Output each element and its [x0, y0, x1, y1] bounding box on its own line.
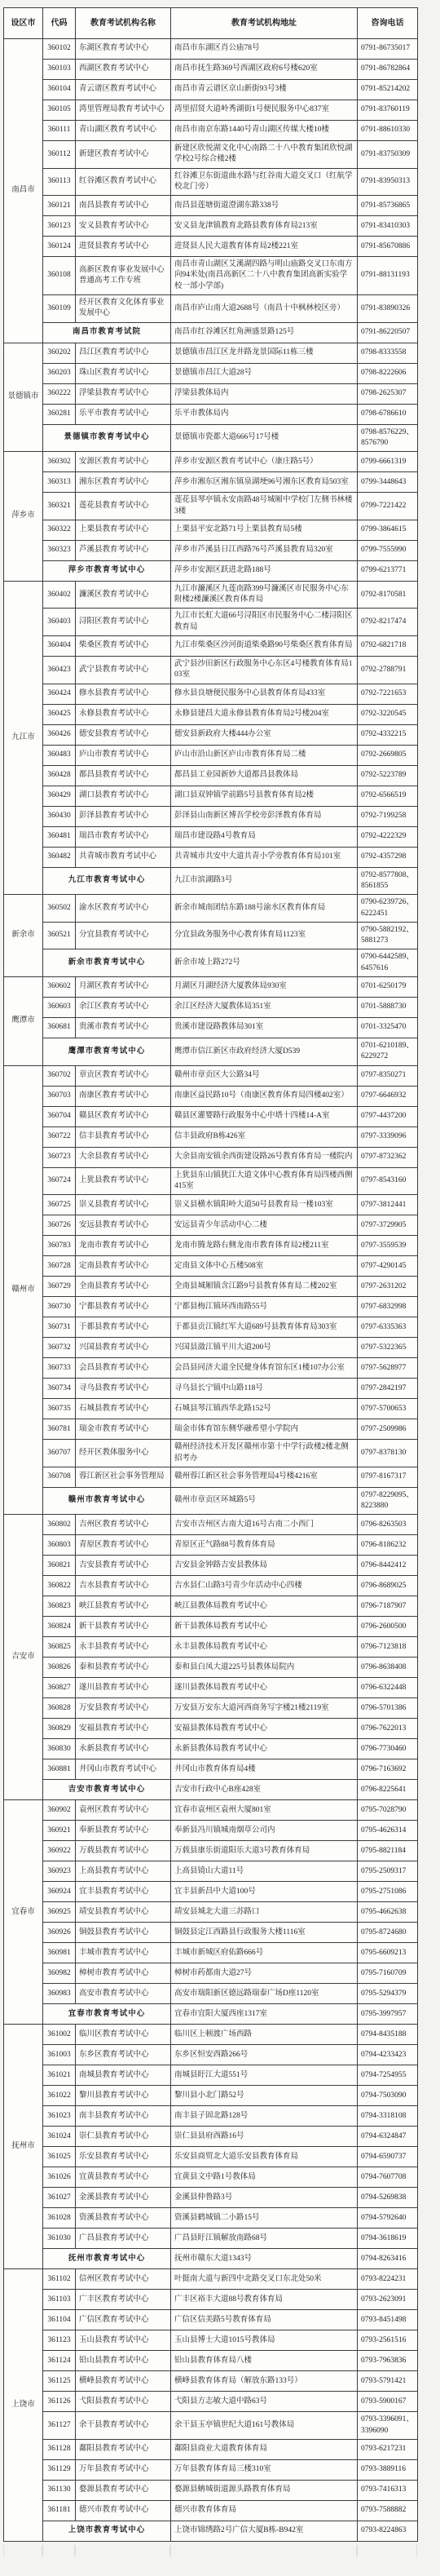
- name-cell: 安源区教育考试中心: [76, 452, 171, 472]
- name-cell: 万载县教育考试中心: [76, 1841, 171, 1861]
- address-cell: 萍乡市湘东区湘东镇泉湖埂96号湘东区教育局503室: [171, 472, 358, 493]
- name-cell: 修水县教育考试中心: [76, 684, 171, 704]
- cutoff-cell: [42, 2545, 75, 2556]
- phone-cell: 0790-6239726、6222451: [358, 895, 418, 923]
- address-cell: 广丰区裕丰大道88号教育体育局: [171, 2290, 358, 2310]
- phone-cell: 0791-85736865: [358, 196, 418, 216]
- table-row: 360923上高县教育考试中心上高县镜山大道11号0795-2509317: [4, 1861, 418, 1882]
- address-cell: 龙南市腾龙路右侧龙南市教育体育局2楼211室: [171, 1236, 358, 1256]
- summary-row: 鹰潭市教育考试中心鹰潭市信江新区市政府经济大厦D5390701-6210189、…: [4, 1038, 418, 1066]
- address-cell: 宜春市袁州区袁州大厦801室: [171, 1800, 358, 1821]
- phone-cell: 0799-3864615: [358, 520, 418, 540]
- city-cell: 南昌市: [4, 39, 43, 343]
- code-cell: 360113: [43, 168, 76, 196]
- name-cell: 新建区教育考试中心: [76, 141, 171, 169]
- name-cell: 寻乌县教育考试中心: [76, 1379, 171, 1399]
- table-row: 361022黎川县教育考试中心黎川县小北门路52号0794-7503090: [4, 2086, 418, 2106]
- name-cell: 横峰县教育考试中心: [76, 2371, 171, 2392]
- name-cell: 广丰区教育考试中心: [76, 2290, 171, 2310]
- table-row: 360313湘东区教育考试中心萍乡市湘东区湘东镇泉湖埂96号湘东区教育局503室…: [4, 472, 418, 493]
- code-cell: 360726: [43, 1215, 76, 1236]
- name-cell: 彭泽县教育考试中心: [76, 806, 171, 826]
- phone-cell: 0797-8167317: [358, 1467, 418, 1487]
- phone-cell: 0795-5294379: [358, 1984, 418, 2004]
- address-cell: 景德镇市昌江区龙井路龙景国际11栋三楼: [171, 343, 358, 363]
- table-row: 360723大余县教育考试中心大余县南安镇余西街建设路26号教育体育局一楼院内0…: [4, 1147, 418, 1167]
- code-cell: 361021: [43, 2065, 76, 2086]
- table-row: 360403浔阳区教育考试中心九江市长虹大道66号浔阳区市民服务中心二楼浔阳区教…: [4, 609, 418, 636]
- address-cell: 共青城市共安中大道共青小学旁教育体育局101室: [171, 847, 358, 867]
- name-cell: 信丰县教育考试中心: [76, 1126, 171, 1147]
- table-row: 360781瑞金市教育考试中心瑞金市体育馆东侧华融希望小学院内0797-2509…: [4, 1419, 418, 1440]
- table-row: 上饶市361102信州区教育考试中心叶挺南大道与新四中北路交叉口东北处50米07…: [4, 2269, 418, 2290]
- summary-row: 赣州市教育考试中心赣州市章贡区环城路5号0797-8229095、8223880: [4, 1487, 418, 1515]
- address-cell: 靖安县城北大道三苏路口: [171, 1902, 358, 1923]
- table-row: 361181德兴市教育考试中心德兴市教育体育局0793-7588882: [4, 2500, 418, 2521]
- name-cell: 西湖区教育考试中心: [76, 60, 171, 80]
- code-cell: 361126: [43, 2392, 76, 2412]
- code-cell: 360426: [43, 724, 76, 745]
- col-header-phone: 咨询电话: [358, 8, 418, 39]
- address-cell: 兴国县潋江镇平川大道200号: [171, 1338, 358, 1358]
- table-row: 景德镇市360202昌江区教育考试中心景德镇市昌江区龙井路龙景国际11栋三楼07…: [4, 343, 418, 363]
- code-cell: 360502: [43, 895, 76, 923]
- summary-phone-cell: 0790-6442589、6457616: [358, 949, 418, 977]
- code-cell: 360826: [43, 1658, 76, 1678]
- code-cell: 360321: [43, 493, 76, 520]
- code-cell: 360428: [43, 765, 76, 786]
- phone-cell: 0791-85214202: [358, 80, 418, 100]
- name-cell: 信州区教育考试中心: [76, 2269, 171, 2290]
- table-row: 360881井冈山市教育考试中心井冈山市教育体育局4楼0796-7163692: [4, 1759, 418, 1780]
- table-row: 360708蓉江新区社会事务管理局赣州蓉江新区社会事务管理局4号楼4216室07…: [4, 1467, 418, 1487]
- code-cell: 360121: [43, 196, 76, 216]
- phone-cell: 0794-7607708: [358, 2167, 418, 2188]
- code-cell: 360825: [43, 1637, 76, 1658]
- name-cell: 井冈山市教育考试中心: [76, 1759, 171, 1780]
- phone-cell: 0797-4437200: [358, 1106, 418, 1126]
- phone-cell: 0794-5792640: [358, 2208, 418, 2229]
- phone-cell: 0797-6832998: [358, 1297, 418, 1317]
- table-row: 360703南康区教育考试中心南康区益民路10号（南康区教育体育局四楼402室）…: [4, 1086, 418, 1106]
- summary-name-cell: 景德镇市教育考试中心: [43, 424, 171, 452]
- table-row: 360729全南县教育考试中心全南县城厢镇含江路9号县教育体育局二楼202室07…: [4, 1277, 418, 1297]
- code-cell: 360981: [43, 1943, 76, 1963]
- phone-cell: 0795-7028790: [358, 1800, 418, 1821]
- table-row: 新余市360502渝水区教育考试中心新余市城南团结东路188号渝水区教育体育局0…: [4, 895, 418, 923]
- address-cell: 横峰县教育体育局（解放东路133号）: [171, 2371, 358, 2392]
- code-cell: 360322: [43, 520, 76, 540]
- name-cell: 铅山县教育考试中心: [76, 2351, 171, 2371]
- address-cell: 南昌市抚生路369号西湖区政府6号楼620室: [171, 60, 358, 80]
- code-cell: 360729: [43, 1277, 76, 1297]
- address-cell: 莲花县琴亭镇永安南路48号城厢中学校门左侧书林楼3楼: [171, 493, 358, 520]
- name-cell: 临川区教育考试中心: [76, 2025, 171, 2045]
- address-cell: 湖口县双钟镇学前路5号县教育体育局2楼: [171, 786, 358, 806]
- code-cell: 360281: [43, 404, 76, 424]
- name-cell: 南康区教育考试中心: [76, 1086, 171, 1106]
- summary-name-cell: 九江市教育考试中心: [43, 867, 171, 895]
- cutoff-next-row: [3, 2545, 417, 2556]
- table-row: 360732兴国县教育考试中心兴国县潋江镇平川大道200号0797-532236…: [4, 1338, 418, 1358]
- summary-name-cell: 吉安市教育考试中心: [43, 1780, 171, 1800]
- summary-address-cell: 景德镇市瓷都大道666号17号楼: [171, 424, 358, 452]
- name-cell: 定南县教育考试中心: [76, 1256, 171, 1277]
- phone-cell: 0798-8222606: [358, 363, 418, 383]
- address-cell: 弋阳县方志敏大道中路63号: [171, 2392, 358, 2412]
- table-row: 361025乐安县教育考试中心乐安县商贸北大道乐安县教育体育局0794-6590…: [4, 2147, 418, 2167]
- phone-cell: 0797-6335363: [358, 1317, 418, 1338]
- address-cell: 德兴市教育体育局: [171, 2500, 358, 2521]
- phone-cell: 0797-2842197: [358, 1379, 418, 1399]
- phone-cell: 0797-2509986: [358, 1419, 418, 1440]
- phone-cell: 0792-4357298: [358, 847, 418, 867]
- phone-cell: 0796-7187907: [358, 1596, 418, 1617]
- phone-cell: 0792-7221653: [358, 684, 418, 704]
- summary-row: 九江市教育考试中心九江市滨湖路3号0792-8577808、8561855: [4, 867, 418, 895]
- city-cell: 吉安市: [4, 1515, 43, 1800]
- code-cell: 360783: [43, 1236, 76, 1256]
- name-cell: 吉州区教育考试中心: [76, 1515, 171, 1535]
- phone-cell: 0792-7199258: [358, 806, 418, 826]
- code-cell: 360404: [43, 636, 76, 657]
- address-cell: 会昌县同济大道全民健身体育馆东区1楼107办公室: [171, 1358, 358, 1379]
- table-row: 鹰潭市360602月湖区教育考试中心月湖区月湖经济大厦教体局930室0701-6…: [4, 977, 418, 998]
- code-cell: 361027: [43, 2188, 76, 2208]
- name-cell: 靖安县教育考试中心: [76, 1902, 171, 1923]
- summary-row: 上饶市教育考试中心上饶市锦绣路2号广信大厦B栋-B942室0793-822486…: [4, 2521, 418, 2541]
- address-cell: 贵溪市建设路教体局301室: [171, 1018, 358, 1038]
- name-cell: 新干县教育考试中心: [76, 1617, 171, 1637]
- table-row: 360827遂川县教育考试中心遂川县教体局教育考试中心0796-6322448: [4, 1678, 418, 1698]
- code-cell: 360921: [43, 1821, 76, 1841]
- table-row: 360725崇义县教育考试中心崇义县横水镇阳岭大道50号县教育局一楼103室07…: [4, 1195, 418, 1215]
- address-cell: 萍乡市安源区教育考试中心（康庄路5号）: [171, 452, 358, 472]
- phone-cell: 0794-6324847: [358, 2127, 418, 2147]
- summary-phone-cell: 0701-6210189、6229272: [358, 1038, 418, 1066]
- code-cell: 360824: [43, 1617, 76, 1637]
- table-row: 吉安市360802吉州区教育考试中心吉安市吉州区古南大道16号古南二小西门079…: [4, 1515, 418, 1535]
- phone-cell: 0701-3325470: [358, 1018, 418, 1038]
- code-cell: 360983: [43, 1984, 76, 2004]
- address-cell: 崇仁县县府西路16号: [171, 2127, 358, 2147]
- table-row: 360424修水县教育考试中心修水县良塘便民服务中心县教育体育局433室0792…: [4, 684, 418, 704]
- table-row: 360921奉新县教育考试中心奉新县冯川镇城南烟草公司内0795-4626314: [4, 1821, 418, 1841]
- phone-cell: 0791-85670886: [358, 237, 418, 257]
- address-cell: 浮梁县教体局内: [171, 383, 358, 404]
- name-cell: 瑞昌市教育考试中心: [76, 826, 171, 847]
- table-row: 360825永丰县教育考试中心永丰县教体局教育考试中心0796-7123818: [4, 1637, 418, 1658]
- code-cell: 361129: [43, 2459, 76, 2480]
- address-cell: 南丰县子固北路128号: [171, 2106, 358, 2127]
- table-row: 360428都昌县教育考试中心都昌县工业园新妙大道都昌县教体局0792-5223…: [4, 765, 418, 786]
- name-cell: 安远县教育考试中心: [76, 1215, 171, 1236]
- table-row: 360203珠山区教育考试中心景德镇市昌江大道28号0798-8222606: [4, 363, 418, 383]
- summary-phone-cell: 0794-8263416: [358, 2249, 418, 2269]
- table-row: 360983高安市教育考试中心高安市瑞阳新区德远路瑞泰广场D座1120室0795…: [4, 1984, 418, 2004]
- exam-centers-table: 设区市 代码 教育考试机构名称 教育考试机构地址 咨询电话 南昌市360102东…: [3, 7, 418, 2542]
- table-row: 360724上犹县教育考试中心上犹县东山镇犹江大道文体中心教育体育局四楼西侧41…: [4, 1167, 418, 1195]
- code-cell: 360926: [43, 1923, 76, 1943]
- table-row: 360323芦溪县教育考试中心萍乡市芦溪县日江西路76号芦溪县教育局320室07…: [4, 540, 418, 560]
- table-row: 360704赣县区教育考试中心赣县区灌婴路行政服务中心中塔十四楼14-A室079…: [4, 1106, 418, 1126]
- name-cell: 青山湖区教育考试中心: [76, 121, 171, 141]
- table-row: 360423武宁县教育考试中心武宁县沙田新区行政服务中心东区4号楼教育体育局10…: [4, 657, 418, 684]
- summary-name-cell: 南昌市教育考试院: [43, 322, 171, 343]
- address-cell: 乐平市教体局内: [171, 404, 358, 424]
- address-cell: 修水县良塘便民服务中心县教育体育局433室: [171, 684, 358, 704]
- table-row: 360924宜丰县教育考试中心宜丰县新昌中大道100号0795-2751086: [4, 1882, 418, 1902]
- phone-cell: 0799-3448643: [358, 472, 418, 493]
- phone-cell: 0796-7123818: [358, 1637, 418, 1658]
- code-cell: 360735: [43, 1399, 76, 1419]
- phone-cell: 0796-8186232: [358, 1535, 418, 1556]
- address-cell: 永新县教体局教育考试中心: [171, 1739, 358, 1759]
- phone-cell: 0797-6646932: [358, 1086, 418, 1106]
- address-cell: 南康区益民路10号（南康区教育体育局四楼402室）: [171, 1086, 358, 1106]
- name-cell: 都昌县教育考试中心: [76, 765, 171, 786]
- phone-cell: 0794-3318108: [358, 2106, 418, 2127]
- table-row: 361123玉山县教育考试中心玉山县博士大道1015号教体局0793-25615…: [4, 2330, 418, 2351]
- city-cell: 抚州市: [4, 2025, 43, 2269]
- name-cell: 珠山区教育考试中心: [76, 363, 171, 383]
- phone-cell: 0796-8689025: [358, 1576, 418, 1596]
- code-cell: 361128: [43, 2439, 76, 2459]
- name-cell: 章贡区教育考试中心: [76, 1065, 171, 1086]
- phone-cell: 0797-8543160: [358, 1167, 418, 1195]
- address-cell: 景德镇市昌江大道28号: [171, 363, 358, 383]
- name-cell: 余干县教育考试中心: [76, 2412, 171, 2440]
- code-cell: 360429: [43, 786, 76, 806]
- phone-cell: 0793-2623091: [358, 2290, 418, 2310]
- table-row: 南昌市360102东湖区教育考试中心南昌市东湖区肖公庙78号0791-86735…: [4, 39, 418, 60]
- phone-cell: 0793-8224231: [358, 2269, 418, 2290]
- name-cell: 吉安县教育考试中心: [76, 1556, 171, 1576]
- code-cell: 360203: [43, 363, 76, 383]
- address-cell: 永修县建昌大道永修县教育体育局2号楼204室: [171, 704, 358, 724]
- code-cell: 360722: [43, 1126, 76, 1147]
- code-cell: 361003: [43, 2045, 76, 2065]
- summary-phone-cell: 0791-86220507: [358, 322, 418, 343]
- table-row: 360425永修县教育考试中心永修县建昌大道永修县教育体育局2号楼204室079…: [4, 704, 418, 724]
- code-cell: 360725: [43, 1195, 76, 1215]
- code-cell: 360830: [43, 1739, 76, 1759]
- address-cell: 泰和县白凤大道225号县教体局院内: [171, 1658, 358, 1678]
- name-cell: 宜黄县教育考试中心: [76, 2167, 171, 2188]
- table-row: 361026宜黄县教育考试中心宜黄县文中路1号教体局0794-7607708: [4, 2167, 418, 2188]
- address-cell: 分宜县政务服务中心教育体育局1123室: [171, 922, 358, 949]
- address-cell: 万年县教育体育局三楼310室: [171, 2459, 358, 2480]
- cutoff-cell: [75, 2545, 170, 2556]
- name-cell: 玉山县教育考试中心: [76, 2330, 171, 2351]
- code-cell: 360803: [43, 1535, 76, 1556]
- summary-address-cell: 九江市滨湖路3号: [171, 867, 358, 895]
- address-cell: 大余县南安镇余西街建设路26号教育体育局一楼院内: [171, 1147, 358, 1167]
- code-cell: 360702: [43, 1065, 76, 1086]
- table-row: 360430彭泽县教育考试中心彭泽县山南新区博吾学校旁彭泽教育体育局0792-7…: [4, 806, 418, 826]
- name-cell: 资溪县教育考试中心: [76, 2208, 171, 2229]
- summary-name-cell: 赣州市教育考试中心: [43, 1487, 171, 1515]
- address-cell: 吉安市吉州区古南大道16号古南二小西门: [171, 1515, 358, 1535]
- table-row: 360104青云谱区教育考试中心南昌市青云谱区京山新街93号3楼0791-852…: [4, 80, 418, 100]
- name-cell: 全南县教育考试中心: [76, 1277, 171, 1297]
- phone-cell: 0796-8442412: [358, 1556, 418, 1576]
- address-cell: 吉水县仁山路3号青少年活动中心四楼: [171, 1576, 358, 1596]
- table-row: 宜春市360902袁州区教育考试中心宜春市袁州区袁州大厦801室0795-702…: [4, 1800, 418, 1821]
- summary-address-cell: 吉安市行政中心B座428室: [171, 1780, 358, 1800]
- code-cell: 361025: [43, 2147, 76, 2167]
- name-cell: 弋阳县教育考试中心: [76, 2392, 171, 2412]
- city-cell: 九江市: [4, 581, 43, 894]
- phone-cell: 0797-3812441: [358, 1195, 418, 1215]
- code-cell: 360403: [43, 609, 76, 636]
- code-cell: 360922: [43, 1841, 76, 1861]
- table-row: 360108高新区教育事业发展中心普通高考工作专班南昌市青山湖区艾溪湖四路与明山…: [4, 257, 418, 295]
- table-row: 360821吉安县教育考试中心吉安县金钟路吉安县教体局0796-8442412: [4, 1556, 418, 1576]
- summary-phone-cell: 0795-3997957: [358, 2004, 418, 2025]
- code-cell: 360482: [43, 847, 76, 867]
- address-cell: 武宁县沙田新区行政服务中心东区4号楼教育体育局103室: [171, 657, 358, 684]
- phone-cell: 0796-7163692: [358, 1759, 418, 1780]
- col-header-address: 教育考试机构地址: [171, 8, 358, 39]
- name-cell: 蓉江新区社会事务管理局: [76, 1467, 171, 1487]
- address-cell: 南昌市青山湖区艾溪湖四路与明山庙路交叉口东南方向94米处(南昌高新区二十八中教育…: [171, 257, 358, 295]
- table-row: 360731于都县教育考试中心于都县贡江镇红军大道689号县教育体育局303室0…: [4, 1317, 418, 1338]
- code-cell: 361002: [43, 2025, 76, 2045]
- table-row: 360735石城县教育考试中心石城县琴江镇西华北路152号0797-570065…: [4, 1399, 418, 1419]
- phone-cell: 0796-6322448: [358, 1678, 418, 1698]
- table-row: 360222浮梁县教育考试中心浮梁县教体局内0798-2625307: [4, 383, 418, 404]
- name-cell: 峡江县教育考试中心: [76, 1596, 171, 1617]
- cutoff-cell: [357, 2545, 417, 2556]
- phone-cell: 0795-8821184: [358, 1841, 418, 1861]
- address-cell: 高安市瑞阳新区德远路瑞泰广场D座1120室: [171, 1984, 358, 2004]
- name-cell: 安义县教育考试中心: [76, 216, 171, 237]
- name-cell: 奉新县教育考试中心: [76, 1821, 171, 1841]
- phone-cell: 0791-83750309: [358, 141, 418, 169]
- phone-cell: 0797-8350271: [358, 1065, 418, 1086]
- address-cell: 青原区正气路88号教育体育局: [171, 1535, 358, 1556]
- name-cell: 昌江区教育考试中心: [76, 343, 171, 363]
- phone-cell: 0797-3559539: [358, 1236, 418, 1256]
- summary-row: 宜春市教育考试中心宜春市宜阳大厦西座1317室0795-3997957: [4, 2004, 418, 2025]
- table-row: 360925靖安县教育考试中心靖安县城北大道三苏路口0795-4662638: [4, 1902, 418, 1923]
- name-cell: 月湖区教育考试中心: [76, 977, 171, 998]
- code-cell: 360802: [43, 1515, 76, 1535]
- city-cell: 鹰潭市: [4, 977, 43, 1066]
- address-cell: 新干县教体局教育考试中心: [171, 1617, 358, 1637]
- name-cell: 永修县教育考试中心: [76, 704, 171, 724]
- name-cell: 上高县教育考试中心: [76, 1861, 171, 1882]
- address-cell: 进贤县人民大道教育体育局2楼221室: [171, 237, 358, 257]
- address-cell: 于都县贡江镇红军大道689号县教育体育局303室: [171, 1317, 358, 1338]
- phone-cell: 0792-3220545: [358, 704, 418, 724]
- phone-cell: 0794-7254955: [358, 2065, 418, 2086]
- summary-phone-cell: 0792-8577808、8561855: [358, 867, 418, 895]
- phone-cell: 0793-5900167: [358, 2392, 418, 2412]
- phone-cell: 0701-6250179: [358, 977, 418, 998]
- col-header-city: 设区市: [4, 8, 43, 39]
- name-cell: 莲花县教育考试中心: [76, 493, 171, 520]
- phone-cell: 0792-5223789: [358, 765, 418, 786]
- name-cell: 湘东区教育考试中心: [76, 472, 171, 493]
- address-cell: 九江市长虹大道66号浔阳区市民服务中心二楼浔阳区教育局: [171, 609, 358, 636]
- code-cell: 360424: [43, 684, 76, 704]
- name-cell: 吉水县教育考试中心: [76, 1576, 171, 1596]
- address-cell: 安远县青少年活动中心二楼: [171, 1215, 358, 1236]
- code-cell: 360483: [43, 745, 76, 765]
- phone-cell: 0792-6821718: [358, 636, 418, 657]
- name-cell: 赣县区教育考试中心: [76, 1106, 171, 1126]
- code-cell: 361026: [43, 2167, 76, 2188]
- city-cell: 上饶市: [4, 2269, 43, 2542]
- name-cell: 永新县教育考试中心: [76, 1739, 171, 1759]
- summary-name-cell: 新余市教育考试中心: [43, 949, 171, 977]
- name-cell: 经开区教体服务中心: [76, 1440, 171, 1467]
- table-row: 360722信丰县教育考试中心信丰县政府B栋426室0797-3339096: [4, 1126, 418, 1147]
- code-cell: 360734: [43, 1379, 76, 1399]
- table-row: 360981丰城市教育考试中心丰城市新城区府佑路666号0795-6609213: [4, 1943, 418, 1963]
- table-row: 360824新干县教育考试中心新干县教体局教育考试中心0796-2600500: [4, 1617, 418, 1637]
- name-cell: 湾里管理局教育考试中心: [76, 100, 171, 121]
- table-row: 360830永新县教育考试中心永新县教体局教育考试中心0796-7730460: [4, 1739, 418, 1759]
- address-cell: 彭泽县山南新区博吾学校旁彭泽教育体育局: [171, 806, 358, 826]
- code-cell: 360924: [43, 1882, 76, 1902]
- table-row: 360783龙南市教育考试中心龙南市腾龙路右侧龙南市教育体育局2楼211室079…: [4, 1236, 418, 1256]
- address-cell: 丰城市新城区府佑路666号: [171, 1943, 358, 1963]
- code-cell: 360402: [43, 581, 76, 609]
- table-row: 赣州市360702章贡区教育考试中心赣州市章贡区大公路34号0797-83502…: [4, 1065, 418, 1086]
- address-cell: 樟树市药都南大道27号: [171, 1963, 358, 1984]
- table-row: 360926铜鼓县教育考试中心铜鼓县定江西路县行政服务大楼1116室0795-8…: [4, 1923, 418, 1943]
- code-cell: 360708: [43, 1467, 76, 1487]
- name-cell: 樟树市教育考试中心: [76, 1963, 171, 1984]
- table-row: 361024崇仁县教育考试中心崇仁县县府西路16号0794-6324847: [4, 2127, 418, 2147]
- summary-address-cell: 鹰潭市信江新区市政府经济大厦D539: [171, 1038, 358, 1066]
- phone-cell: 0792-2669805: [358, 745, 418, 765]
- code-cell: 360730: [43, 1297, 76, 1317]
- address-cell: 九江市柴桑区沙河街道柴桑路90号柴桑区教育体育局: [171, 636, 358, 657]
- col-header-code: 代码: [43, 8, 76, 39]
- address-cell: 安福县教体局教育考试中心: [171, 1719, 358, 1739]
- address-cell: 遂川县教体局教育考试中心: [171, 1678, 358, 1698]
- phone-cell: 0799-6661319: [358, 452, 418, 472]
- address-cell: 广昌县盱江镇解放南路68号: [171, 2229, 358, 2249]
- col-header-name: 教育考试机构名称: [76, 8, 171, 39]
- code-cell: 360521: [43, 922, 76, 949]
- table-row: 360113红谷滩区教育考试中心红谷滩卫东街道曲水路与红谷南大道交叉口（红航学校…: [4, 168, 418, 196]
- phone-cell: 0795-2509317: [358, 1861, 418, 1882]
- table-row: 360321莲花县教育考试中心莲花县琴亭镇永安南路48号城厢中学校门左侧书林楼3…: [4, 493, 418, 520]
- name-cell: 共青城市教育考试中心: [76, 847, 171, 867]
- code-cell: 360728: [43, 1256, 76, 1277]
- summary-address-cell: 上饶市锦绣路2号广信大厦B栋-B942室: [171, 2521, 358, 2541]
- name-cell: 袁州区教育考试中心: [76, 1800, 171, 1821]
- summary-address-cell: 赣州市章贡区环城路5号: [171, 1487, 358, 1515]
- code-cell: 361130: [43, 2480, 76, 2500]
- phone-cell: 0795-4662638: [358, 1902, 418, 1923]
- table-row: 360733会昌县教育考试中心会昌县同济大道全民健身体育馆东区1楼107办公室0…: [4, 1358, 418, 1379]
- code-cell: 360105: [43, 100, 76, 121]
- phone-cell: 0793-7963836: [358, 2351, 418, 2371]
- name-cell: 大余县教育考试中心: [76, 1147, 171, 1167]
- summary-row: 新余市教育考试中心新余市堎上路272号0790-6442589、6457616: [4, 949, 418, 977]
- name-cell: 崇仁县教育考试中心: [76, 2127, 171, 2147]
- phone-cell: 0701-5888730: [358, 998, 418, 1018]
- phone-cell: 0791-88131193: [358, 257, 418, 295]
- table-row: 360922万载县教育考试中心万载县康乐街道阳乐大道3号教育体育局0795-88…: [4, 1841, 418, 1861]
- phone-cell: 0798-6786610: [358, 404, 418, 424]
